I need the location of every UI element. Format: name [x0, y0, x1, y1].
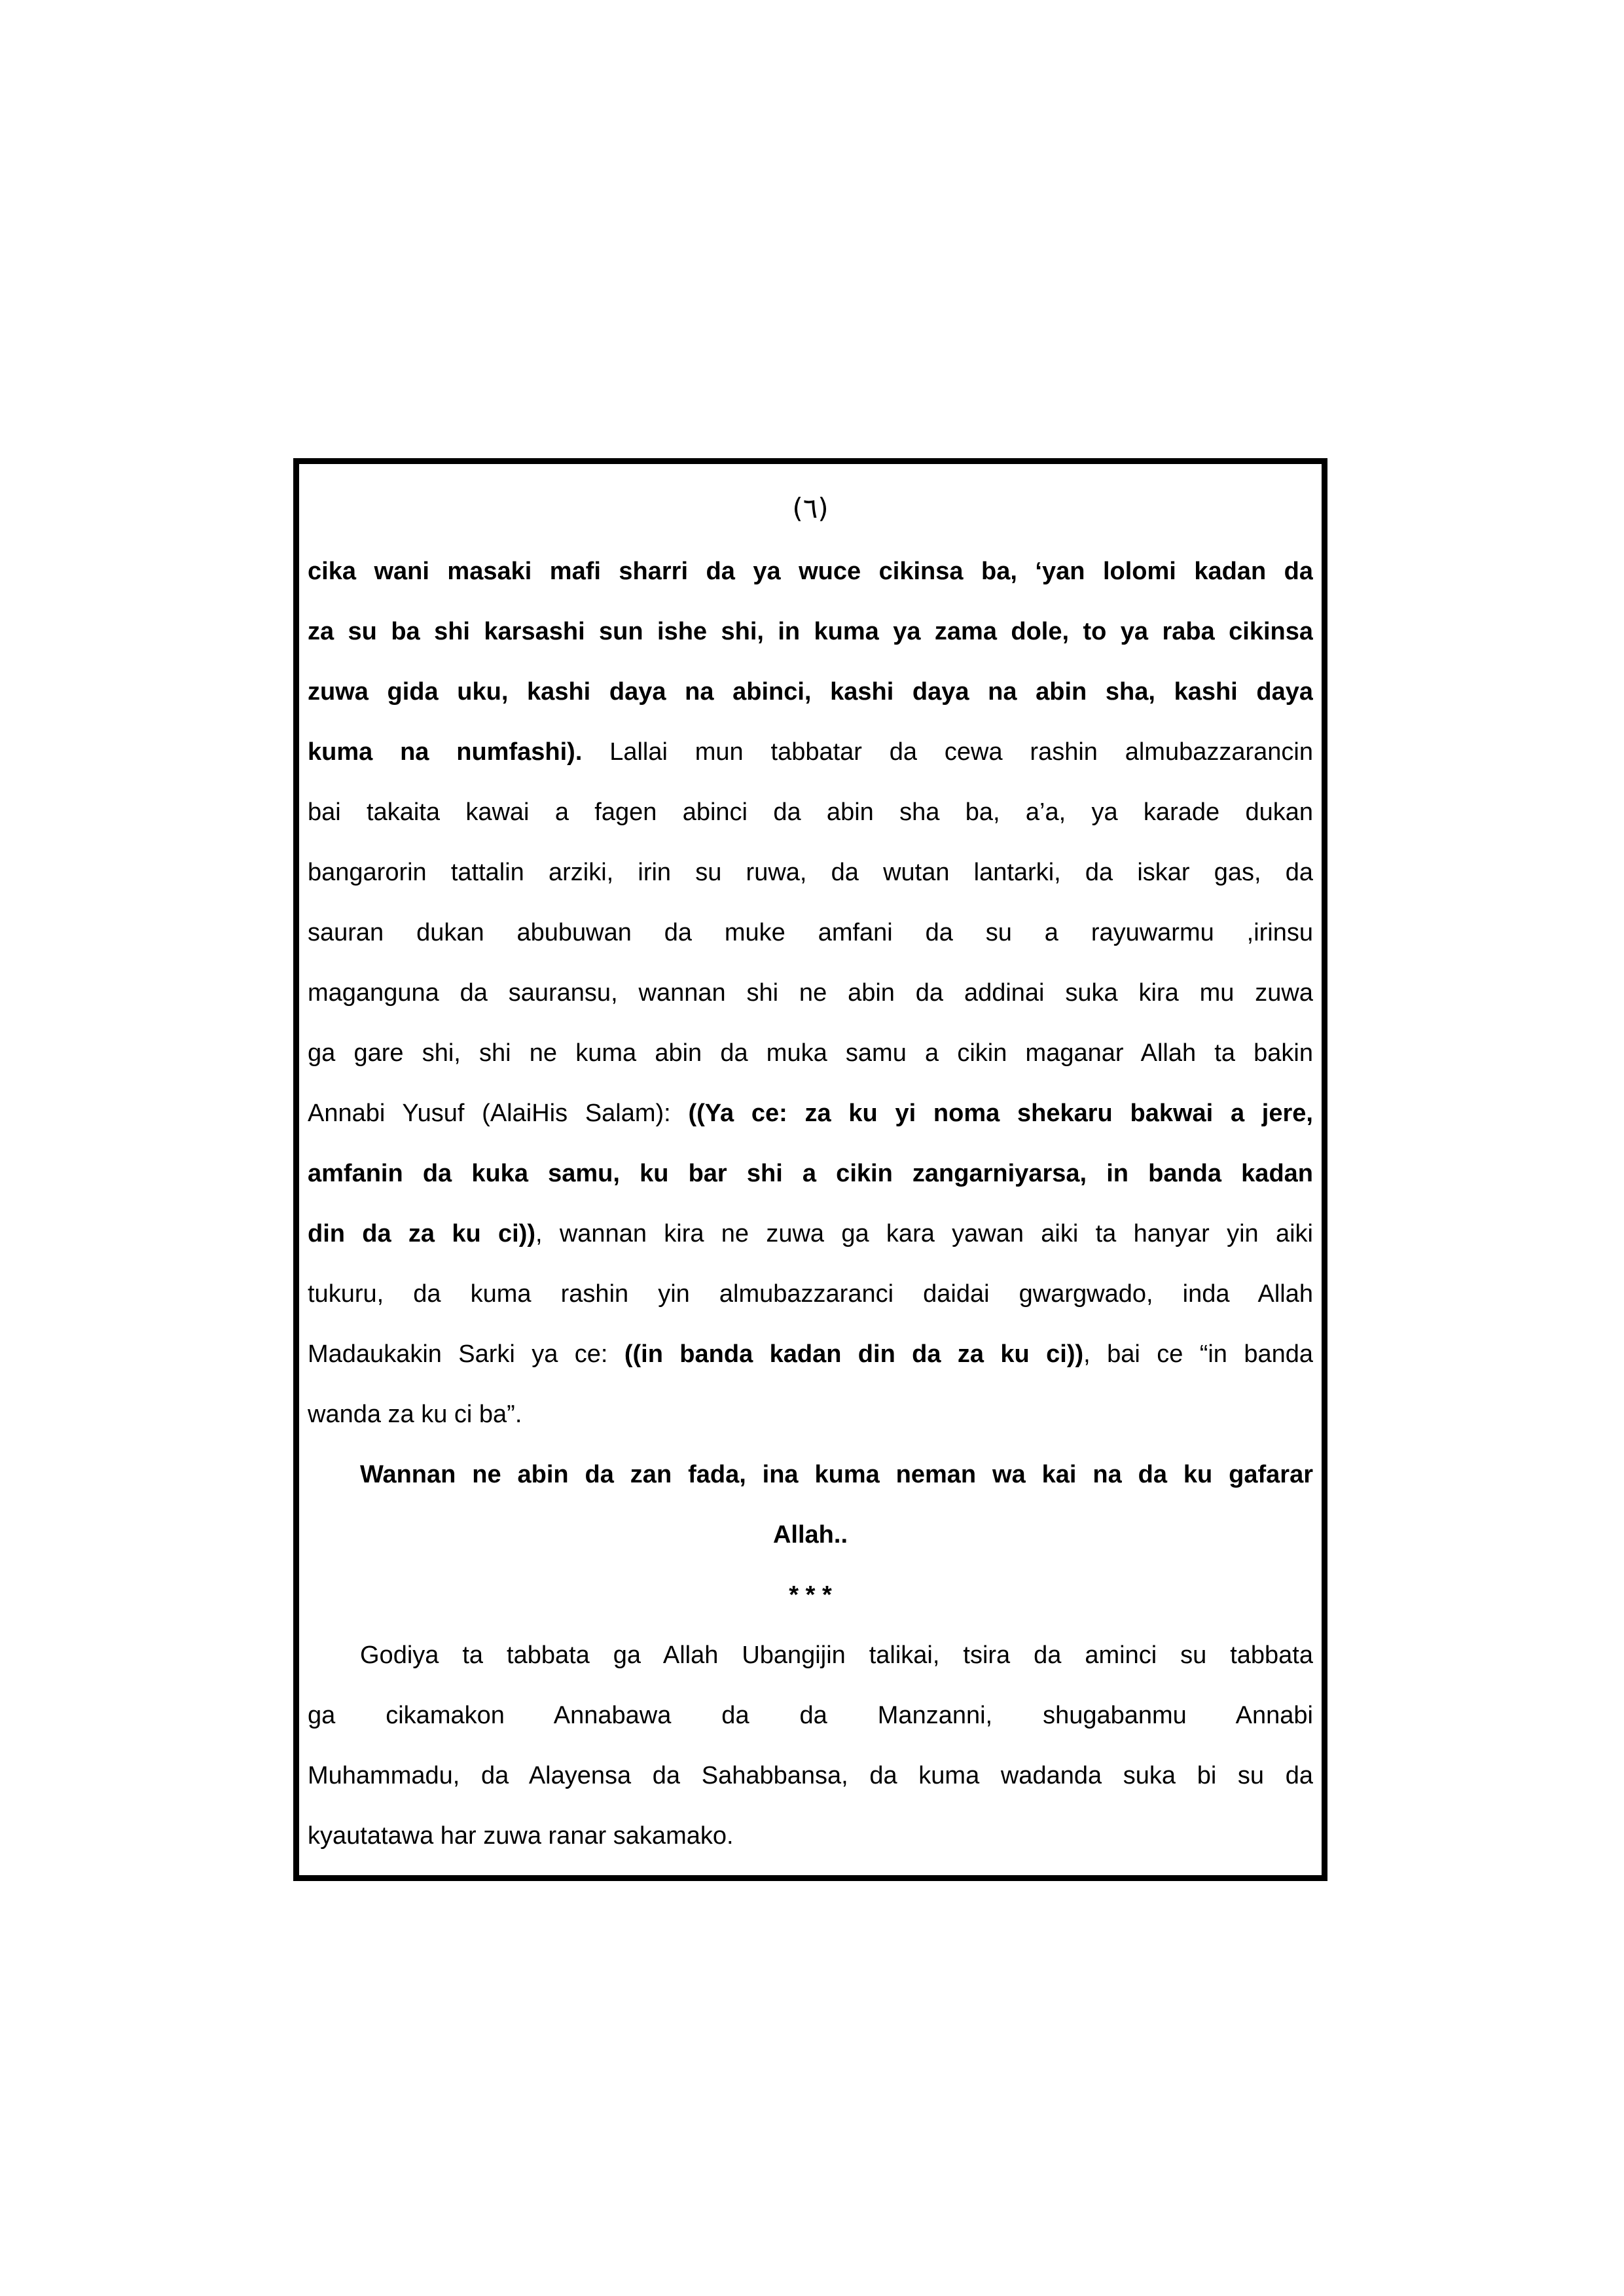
text-line: Godiya ta tabbata ga Allah Ubangijin tal… — [308, 1625, 1313, 1685]
text-run: bangarorin tattalin arziki, irin su ruwa… — [308, 859, 1313, 886]
text-line: din da za ku ci)), wannan kira ne zuwa g… — [308, 1204, 1313, 1264]
bold-text-run: Wannan ne abin da zan fada, ina kuma nem… — [360, 1461, 1313, 1488]
text-run: wanda za ku ci ba”. — [308, 1401, 522, 1428]
text-line: zuwa gida uku, kashi daya na abinci, kas… — [308, 662, 1313, 722]
text-line: sauran dukan abubuwan da muke amfani da … — [308, 903, 1313, 963]
document-text-frame: (٦) cika wani masaki mafi sharri da ya w… — [293, 458, 1327, 1881]
text-line: ga gare shi, shi ne kuma abin da muka sa… — [308, 1023, 1313, 1083]
text-line: maganguna da sauransu, wannan shi ne abi… — [308, 963, 1313, 1023]
text-run: Lallai mun tabbatar da cewa rashin almub… — [609, 738, 1313, 766]
text-run: bai takaita kawai a fagen abinci da abin… — [308, 798, 1313, 826]
bold-text-run: amfanin da kuka samu, ku bar shi a cikin… — [308, 1160, 1313, 1187]
bold-text-run: din da za ku ci)) — [308, 1220, 535, 1247]
bold-text-run: * * * — [789, 1581, 831, 1609]
text-line: cika wani masaki mafi sharri da ya wuce … — [308, 541, 1313, 601]
text-line: * * * — [308, 1565, 1313, 1625]
text-line: wanda za ku ci ba”. — [308, 1384, 1313, 1444]
text-run: ga cikamakon Annabawa da da Manzanni, sh… — [308, 1702, 1313, 1729]
page-number: (٦) — [308, 476, 1313, 541]
text-line: amfanin da kuka samu, ku bar shi a cikin… — [308, 1143, 1313, 1204]
bold-text-run: kuma na numfashi). — [308, 738, 609, 766]
text-line: tukuru, da kuma rashin yin almubazzaranc… — [308, 1264, 1313, 1324]
text-line: za su ba shi karsashi sun ishe shi, in k… — [308, 601, 1313, 662]
bold-text-run: zuwa gida uku, kashi daya na abinci, kas… — [308, 678, 1313, 706]
text-line: Wannan ne abin da zan fada, ina kuma nem… — [308, 1444, 1313, 1505]
text-run: maganguna da sauransu, wannan shi ne abi… — [308, 979, 1313, 1007]
text-run: Madaukakin Sarki ya ce: — [308, 1340, 624, 1368]
bold-text-run: ((Ya ce: za ku yi noma shekaru bakwai a … — [688, 1100, 1313, 1127]
text-run: tukuru, da kuma rashin yin almubazzaranc… — [308, 1280, 1313, 1308]
text-line: kuma na numfashi). Lallai mun tabbatar d… — [308, 722, 1313, 782]
text-line: ga cikamakon Annabawa da da Manzanni, sh… — [308, 1685, 1313, 1746]
bold-text-run: cika wani masaki mafi sharri da ya wuce … — [308, 558, 1313, 585]
text-line: Muhammadu, da Alayensa da Sahabbansa, da… — [308, 1746, 1313, 1806]
text-line: Annabi Yusuf (AlaiHis Salam): ((Ya ce: z… — [308, 1083, 1313, 1143]
bold-text-run: ((in banda kadan din da za ku ci)) — [624, 1340, 1083, 1368]
text-run: Muhammadu, da Alayensa da Sahabbansa, da… — [308, 1762, 1313, 1789]
bold-text-run: Allah.. — [773, 1521, 848, 1549]
text-run: , bai ce “in banda — [1083, 1340, 1313, 1368]
text-line: Madaukakin Sarki ya ce: ((in banda kadan… — [308, 1324, 1313, 1384]
text-line: bangarorin tattalin arziki, irin su ruwa… — [308, 842, 1313, 903]
text-line: Allah.. — [308, 1505, 1313, 1565]
text-run: sauran dukan abubuwan da muke amfani da … — [308, 919, 1313, 946]
text-run: ga gare shi, shi ne kuma abin da muka sa… — [308, 1039, 1313, 1067]
text-run: , wannan kira ne zuwa ga kara yawan aiki… — [535, 1220, 1313, 1247]
text-line: kyautatawa har zuwa ranar sakamako. — [308, 1806, 1313, 1866]
text-run: Annabi Yusuf (AlaiHis Salam): — [308, 1100, 688, 1127]
text-run: kyautatawa har zuwa ranar sakamako. — [308, 1822, 734, 1850]
body-text: cika wani masaki mafi sharri da ya wuce … — [308, 541, 1313, 1866]
text-run: Godiya ta tabbata ga Allah Ubangijin tal… — [360, 1641, 1313, 1669]
bold-text-run: za su ba shi karsashi sun ishe shi, in k… — [308, 618, 1313, 645]
text-line: bai takaita kawai a fagen abinci da abin… — [308, 782, 1313, 842]
